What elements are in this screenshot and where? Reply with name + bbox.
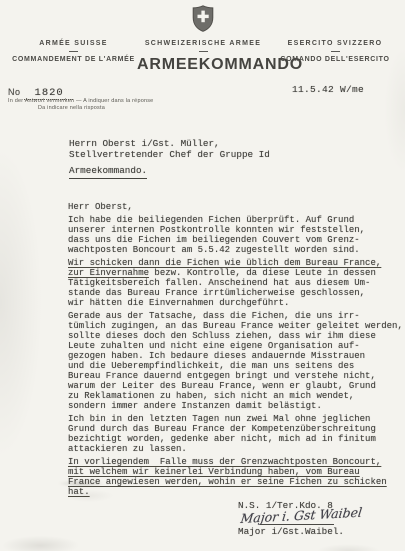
- pencil-smudge-mark: [58, 480, 106, 487]
- text-line: wir hätten die Einvernahmen durchgeführt…: [68, 298, 405, 308]
- signature-block: N.S. 1/Ter.Kdo. 8 Major i. Gst Waibel Ma…: [238, 501, 362, 537]
- masthead-italian-command: COMANDO DELL'ESERCITO: [270, 56, 400, 63]
- text-line: mit welchem wir keinerlei Verbindung hab…: [68, 467, 405, 477]
- body-paragraphs: Ich habe die beiliegenden Fichen überprü…: [68, 215, 405, 497]
- text-line: Wir schicken dann die Fichen wie üblich …: [68, 258, 405, 268]
- paragraph: Gerade aus der Tatsache, dass die Fichen…: [68, 311, 405, 411]
- reference-note: In der Antwort vermerken — A indiquer da…: [8, 98, 153, 111]
- text-line: attackieren zu lassen.: [68, 444, 405, 454]
- text-line: Tätigkeitsbereich fallen. Anscheinend ha…: [68, 278, 405, 288]
- text-line: Grund durch das Bureau France der Kompet…: [68, 424, 405, 434]
- scanned-letter-page: ARMÉE SUISSE COMMANDEMENT DE L'ARMÉE SCH…: [0, 0, 405, 551]
- handwritten-signature: Major i. Gst Waibel: [240, 508, 363, 524]
- text-line: und die Ueberempfindlichkeit, die man un…: [68, 361, 405, 371]
- text-line: sondern immer andere Instanzen damit bel…: [68, 401, 405, 411]
- divider-dash: [199, 51, 208, 52]
- recipient-line3: Armeekommando.: [69, 166, 147, 179]
- recipient-line2: Stellvertretender Chef der Gruppe Id: [69, 150, 270, 161]
- text-line: wachtposten Boncourt am 5.5.42 zugestell…: [68, 245, 405, 255]
- letter-date: 11.5.42 W/me: [292, 84, 364, 95]
- masthead-french-army: ARMÉE SUISSE: [6, 40, 141, 47]
- text-line: bezichtigt worden, gedenke aber nicht, m…: [68, 434, 405, 444]
- paragraph: Ich habe die beiliegenden Fichen überprü…: [68, 215, 405, 255]
- paragraph: Wir schicken dann die Fichen wie üblich …: [68, 258, 405, 308]
- reference-note-line1: In der Antwort vermerken — A indiquer da…: [8, 98, 153, 105]
- reference-no-label: No: [8, 87, 21, 97]
- text-line: Leute zuhalten und nicht eine eigene Org…: [68, 341, 405, 351]
- divider-dash: [331, 51, 340, 52]
- text-line: zu Reklamationen zu haben, sich nicht an…: [68, 391, 405, 401]
- text-line: gezogen haben. Ich bedaure dieses andaue…: [68, 351, 405, 361]
- text-line: Ich bin in den letzten Tagen nun zwei Ma…: [68, 414, 405, 424]
- text-line: tümlich zugingen, an das Bureau France w…: [68, 321, 405, 331]
- recipient-line1: Herrn Oberst i/Gst. Müller,: [69, 139, 270, 150]
- masthead-french: ARMÉE SUISSE COMMANDEMENT DE L'ARMÉE: [6, 40, 141, 63]
- masthead-german-army: SCHWEIZERISCHE ARMEE: [137, 40, 269, 47]
- text-line: Bureau France dauernd entgegen bringt un…: [68, 371, 405, 381]
- text-line: unserer internen Postkontrolle konnten w…: [68, 225, 405, 235]
- text-line: zur Einvernahme bezw. Kontrolle, da dies…: [68, 268, 405, 278]
- masthead-italian-army: ESERCITO SVIZZERO: [270, 40, 400, 47]
- reference-note-line2: Da indicare nella risposta: [8, 105, 153, 112]
- paragraph: In vorliegendem Falle muss der Grenzwach…: [68, 457, 405, 497]
- masthead-german: SCHWEIZERISCHE ARMEE ARMEEKOMMANDO: [137, 40, 269, 74]
- swiss-cross-shield-icon: [192, 5, 214, 37]
- text-line: France angewiesen werden, wohin er seine…: [68, 477, 405, 487]
- signature-typed-name: Major i/Gst.Waibel.: [238, 527, 362, 537]
- recipient-address: Herrn Oberst i/Gst. Müller, Stellvertret…: [69, 139, 270, 179]
- text-line: In vorliegendem Falle muss der Grenzwach…: [68, 457, 405, 467]
- text-line: Gerade aus der Tatsache, dass die Fichen…: [68, 311, 405, 321]
- text-line: warum der Leiter des Bureau France, wenn…: [68, 381, 405, 391]
- divider-dash: [69, 51, 78, 52]
- text-line: stande das Bureau France irrtümlicherwei…: [68, 288, 405, 298]
- paragraph: Ich bin in den letzten Tagen nun zwei Ma…: [68, 414, 405, 454]
- salutation: Herr Oberst,: [68, 202, 405, 212]
- masthead-french-command: COMMANDEMENT DE L'ARMÉE: [6, 56, 141, 63]
- masthead-italian: ESERCITO SVIZZERO COMANDO DELL'ESERCITO: [270, 40, 400, 63]
- text-line: dass uns die Fichen im beiliegenden Couv…: [68, 235, 405, 245]
- text-line: hat.: [68, 487, 405, 497]
- text-line: Ich habe die beiliegenden Fichen überprü…: [68, 215, 405, 225]
- letter-body: Herr Oberst, Ich habe die beiliegenden F…: [68, 202, 405, 500]
- text-line: sollte dieses doch den Schluss ziehen, d…: [68, 331, 405, 341]
- masthead-german-command: ARMEEKOMMANDO: [137, 56, 269, 74]
